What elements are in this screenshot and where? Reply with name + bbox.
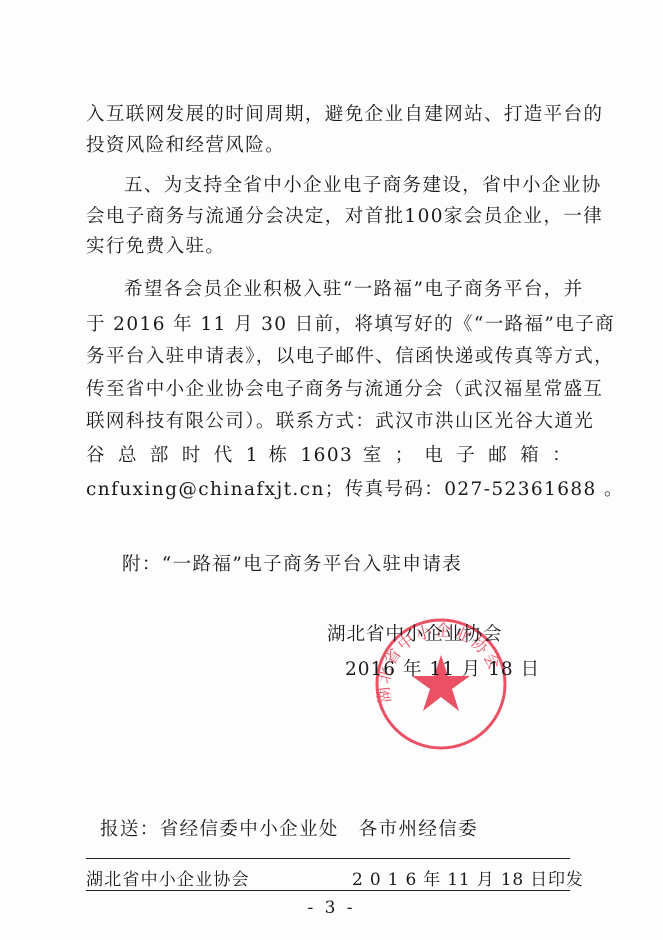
- body-line-7: 于 2016 年 11 月 30 日前，将填写好的《“一路福”电子商: [86, 313, 572, 337]
- signature-date: 2016 年 11 月 18 日: [345, 658, 540, 682]
- signature-organization: 湖北省中小企业协会: [327, 623, 503, 647]
- body-line-5: 实行免费入驻。: [86, 235, 572, 259]
- attachment-note: 附：“一路福”电子商务平台入驻申请表: [122, 553, 608, 577]
- body-line-12: cnfuxing@chinafxjt.cn；传真号码：027-52361688 …: [86, 478, 572, 502]
- page-number: - 3 -: [0, 898, 663, 918]
- footer-bottom-rule: [86, 890, 570, 891]
- footer-issuer: 湖北省中小企业协会: [86, 868, 250, 892]
- body-line-6: 希望各会员企业积极入驻“一路福”电子商务平台，并: [124, 278, 572, 302]
- body-line-11: 谷 总 部 时 代 1 栋 1603 室 ； 电 子 邮 箱 ：: [86, 444, 572, 468]
- body-line-3: 五、为支持全省中小企业电子商务建设，省中小企业协: [124, 174, 572, 198]
- cc-recipients: 报送：省经信委中小企业处 各市州经信委: [100, 818, 478, 842]
- footer-print-date: 2 0 1 6 年 11 月 18 日印发: [352, 868, 584, 892]
- body-line-9: 传至省中小企业协会电子商务与流通分会（武汉福星常盛互: [86, 378, 572, 402]
- body-line-10: 联网科技有限公司）。联系方式：武汉市洪山区光谷大道光: [86, 410, 572, 434]
- body-line-1: 入互联网发展的时间周期，避免企业自建网站、打造平台的: [86, 103, 572, 127]
- body-line-8: 务平台入驻申请表》，以电子邮件、信函快递或传真等方式，: [86, 345, 572, 369]
- footer-top-rule: [86, 858, 570, 859]
- body-line-4: 会电子商务与流通分会决定，对首批100家会员企业，一律: [86, 205, 572, 229]
- body-line-2: 投资风险和经营风险。: [86, 134, 572, 158]
